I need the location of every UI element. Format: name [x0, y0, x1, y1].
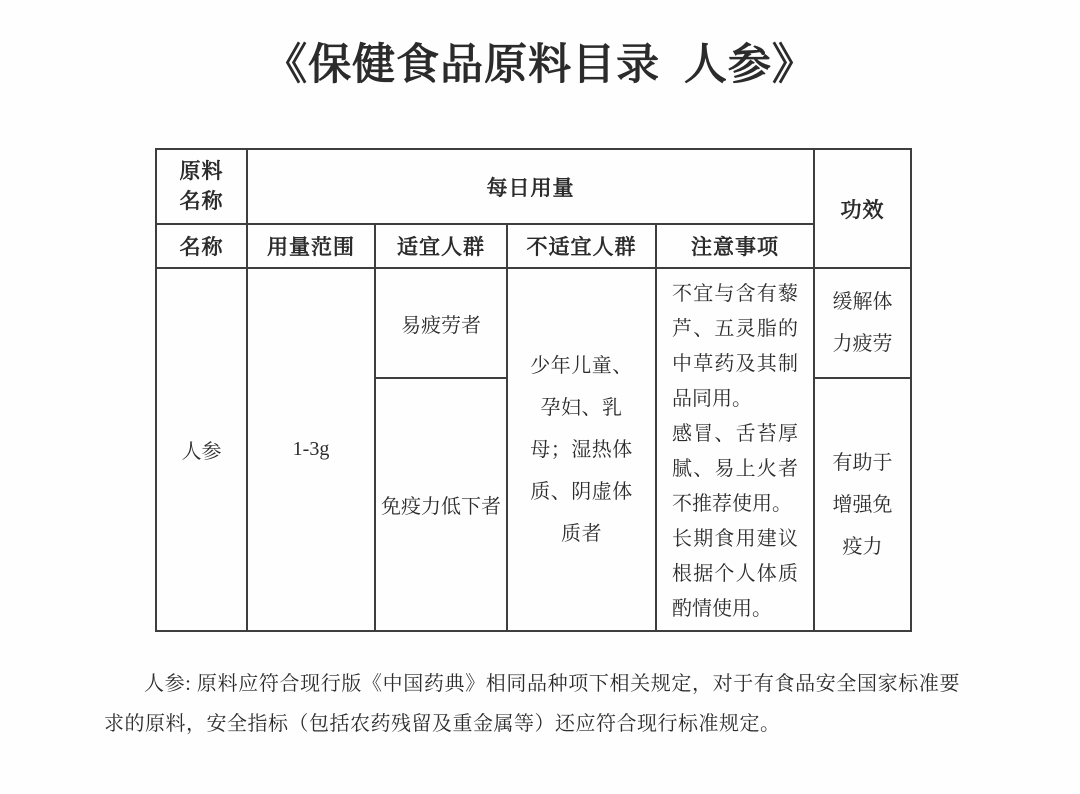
table-header-row-1: 原料名称 每日用量 功效: [156, 149, 911, 224]
subheader-unsuitable-groups: 不适宜人群: [507, 224, 656, 268]
precaution-item-3: 长期食用建议根据个人体质酌情使用。: [672, 522, 798, 627]
subheader-name: 名称: [156, 224, 247, 268]
header-material-name: 原料名称: [156, 149, 247, 224]
cell-material-name: 人参: [156, 268, 247, 631]
ingredient-catalog-table: 原料名称 每日用量 功效 名称 用量范围 适宜人群 不适宜人群 注意事项 人参 …: [155, 148, 912, 632]
cell-efficacy-2: 有助于增强免疫力: [814, 378, 911, 631]
subheader-precautions: 注意事项: [656, 224, 814, 268]
precaution-item-1: 不宜与含有藜芦、五灵脂的中草药及其制品同用。: [672, 277, 798, 417]
precaution-item-2: 感冒、舌苔厚腻、易上火者不推荐使用。: [672, 417, 798, 522]
subheader-dosage-range: 用量范围: [247, 224, 375, 268]
document-title: 《保健食品原料目录 人参》: [0, 42, 1080, 90]
document-page: 《保健食品原料目录 人参》 原料名称 每日用量 功效 名称 用量范围 适宜人群 …: [0, 0, 1080, 794]
table-header-row-2: 名称 用量范围 适宜人群 不适宜人群 注意事项: [156, 224, 911, 268]
cell-dosage-range: 1-3g: [247, 268, 375, 631]
table-body-row-1: 人参 1-3g 易疲劳者 少年儿童、孕妇、乳母；湿热体质、阴虚体质者 不宜与含有…: [156, 268, 911, 378]
cell-efficacy-1: 缓解体力疲劳: [814, 268, 911, 378]
cell-unsuitable-groups: 少年儿童、孕妇、乳母；湿热体质、阴虚体质者: [507, 268, 656, 631]
header-efficacy: 功效: [814, 149, 911, 268]
cell-suitable-group-1: 易疲劳者: [375, 268, 507, 378]
footnote: 人参: 原料应符合现行版《中国药典》相同品种项下相关规定，对于有食品安全国家标准…: [104, 664, 960, 744]
cell-suitable-group-2: 免疫力低下者: [375, 378, 507, 631]
subheader-suitable-groups: 适宜人群: [375, 224, 507, 268]
cell-precautions: 不宜与含有藜芦、五灵脂的中草药及其制品同用。 感冒、舌苔厚腻、易上火者不推荐使用…: [656, 268, 814, 631]
header-daily-dosage: 每日用量: [247, 149, 814, 224]
